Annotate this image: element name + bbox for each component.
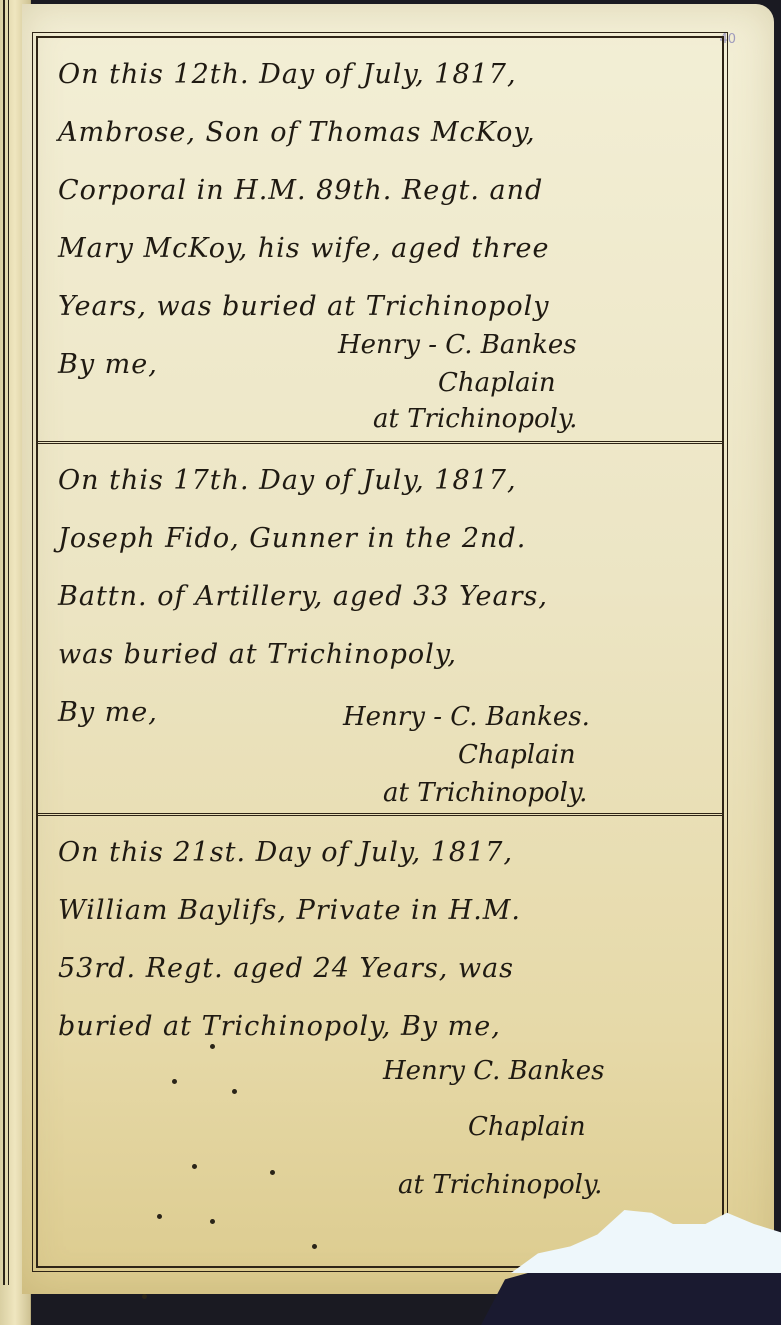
entry-line: Years, was buried at Trichinopoly [58, 278, 704, 336]
entry-line: Mary McKoy, his wife, aged three [58, 220, 704, 278]
signature-name: Henry - C. Bankes [338, 330, 577, 360]
burial-entry-1: On this 12th. Day of July, 1817, Ambrose… [38, 38, 722, 444]
signature-place: at Trichinopoly. [398, 1170, 602, 1200]
signature-place: at Trichinopoly. [373, 404, 577, 434]
entry-line: buried at Trichinopoly, By me, [58, 998, 704, 1056]
ink-spot [157, 1214, 162, 1219]
ink-spot [210, 1219, 215, 1224]
ink-spot [232, 1089, 237, 1094]
signature-name: Henry - C. Bankes. [343, 702, 590, 732]
ink-spot [210, 1044, 215, 1049]
signature-title: Chaplain [438, 368, 556, 398]
burial-entry-2: On this 17th. Day of July, 1817, Joseph … [38, 444, 722, 816]
entry-line: William Baylifs, Private in H.M. [58, 882, 704, 940]
entry-line: Corporal in H.M. 89th. Regt. and [58, 162, 704, 220]
entry-line: On this 17th. Day of July, 1817, [58, 452, 704, 510]
ink-spot [312, 1244, 317, 1249]
signature-title: Chaplain [458, 740, 576, 770]
ink-spot [192, 1164, 197, 1169]
signature-name: Henry C. Bankes [383, 1056, 605, 1086]
register-page: 40 On this 12th. Day of July, 1817, Ambr… [22, 4, 774, 1294]
register-frame: On this 12th. Day of July, 1817, Ambrose… [36, 36, 724, 1268]
entry-line: On this 12th. Day of July, 1817, [58, 46, 704, 104]
burial-entry-3: On this 21st. Day of July, 1817, William… [38, 816, 722, 1266]
signature-title: Chaplain [468, 1112, 586, 1142]
signature-place: at Trichinopoly. [383, 778, 587, 808]
spine-rule [8, 0, 9, 1285]
entry-line: Ambrose, Son of Thomas McKoy, [58, 104, 704, 162]
ink-spot [172, 1079, 177, 1084]
ink-spot [270, 1170, 275, 1175]
spine-rule [3, 0, 5, 1285]
ink-spot [142, 1294, 147, 1299]
entry-line: 53rd. Regt. aged 24 Years, was [58, 940, 704, 998]
entry-line: On this 21st. Day of July, 1817, [58, 824, 704, 882]
entry-line: was buried at Trichinopoly, [58, 626, 704, 684]
entry-line: Joseph Fido, Gunner in the 2nd. [58, 510, 704, 568]
entry-line: Battn. of Artillery, aged 33 Years, [58, 568, 704, 626]
